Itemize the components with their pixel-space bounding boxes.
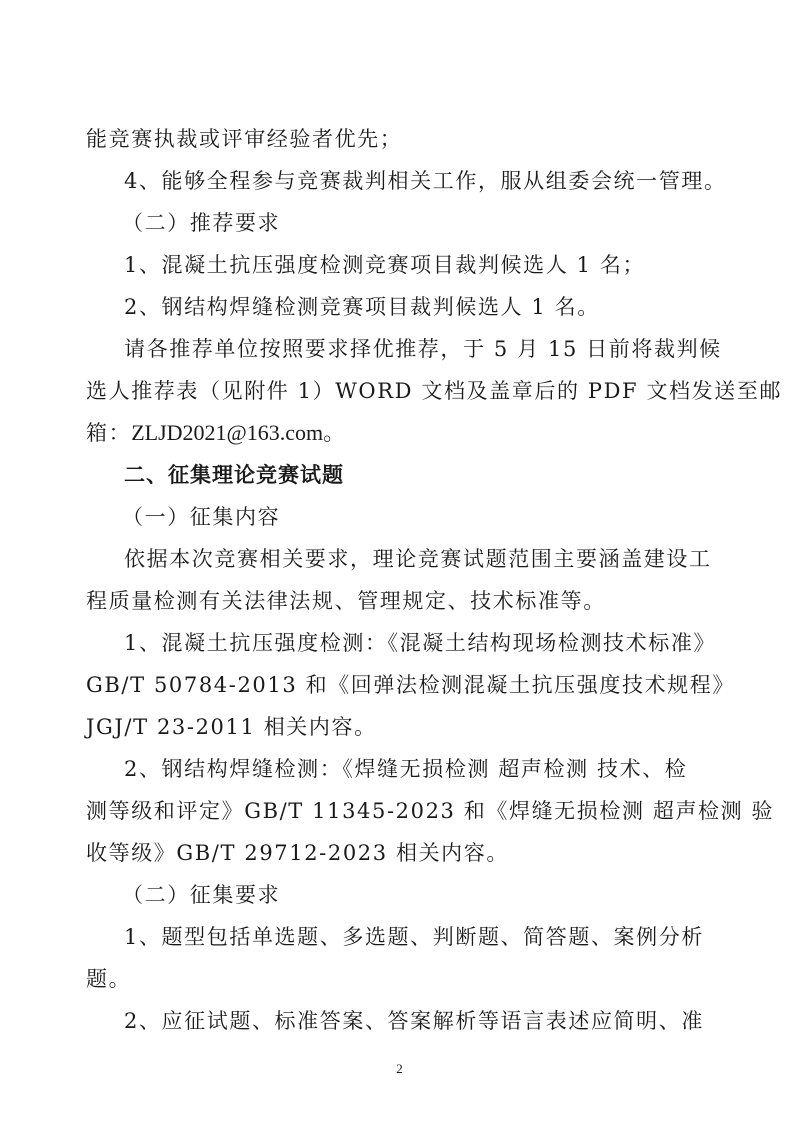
paragraph-line: JGJ/T 23-2011 相关内容。 xyxy=(86,713,726,741)
paragraph-line: 请各推荐单位按照要求择优推荐，于 5 月 15 日前将裁判候 xyxy=(124,335,764,363)
recommend-item-1: 1、混凝土抗压强度检测竞赛项目裁判候选人 1 名； xyxy=(124,251,764,279)
recommend-item-2: 2、钢结构焊缝检测竞赛项目裁判候选人 1 名。 xyxy=(124,293,764,321)
paragraph-line: GB/T 50784-2013 和《回弹法检测混凝土抗压强度技术规程》 xyxy=(86,671,726,699)
paragraph-line: 收等级》GB/T 29712-2023 相关内容。 xyxy=(86,839,726,867)
paragraph-line: 程质量检测有关法律法规、管理规定、技术标准等。 xyxy=(86,587,726,615)
email-label: 箱： xyxy=(86,421,131,445)
collect-item-2: 2、应征试题、标准答案、答案解析等语言表述应简明、准 xyxy=(124,1007,764,1035)
subsection-heading: （一）征集内容 xyxy=(122,503,762,531)
paragraph-line: 题。 xyxy=(86,965,726,993)
paragraph-line: 依据本次竞赛相关要求，理论竞赛试题范围主要涵盖建设工 xyxy=(124,545,764,573)
subsection-heading: （二）推荐要求 xyxy=(122,209,762,237)
content-item-1: 1、混凝土抗压强度检测：《混凝土结构现场检测技术标准》 xyxy=(124,629,764,657)
collect-item-1: 1、题型包括单选题、多选题、判断题、简答题、案例分析 xyxy=(124,923,764,951)
paragraph-line: 能竞赛执裁或评审经验者优先； xyxy=(86,125,726,153)
paragraph-line: 选人推荐表（见附件 1）WORD 文档及盖章后的 PDF 文档发送至邮 xyxy=(86,377,726,405)
paragraph-line: 箱：ZLJD2021@163.com。 xyxy=(86,419,726,447)
page-number: 2 xyxy=(0,1061,799,1077)
subsection-heading: （二）征集要求 xyxy=(122,881,762,909)
email-address: ZLJD2021@163.com。 xyxy=(131,420,345,445)
requirement-item-4: 4、能够全程参与竞赛裁判相关工作，服从组委会统一管理。 xyxy=(124,167,764,195)
section-heading: 二、征集理论竞赛试题 xyxy=(124,461,764,489)
content-item-2: 2、钢结构焊缝检测：《焊缝无损检测 超声检测 技术、检 xyxy=(124,755,764,783)
paragraph-line: 测等级和评定》GB/T 11345-2023 和《焊缝无损检测 超声检测 验 xyxy=(86,797,726,825)
document-page: 能竞赛执裁或评审经验者优先； 4、能够全程参与竞赛裁判相关工作，服从组委会统一管… xyxy=(0,0,799,1142)
